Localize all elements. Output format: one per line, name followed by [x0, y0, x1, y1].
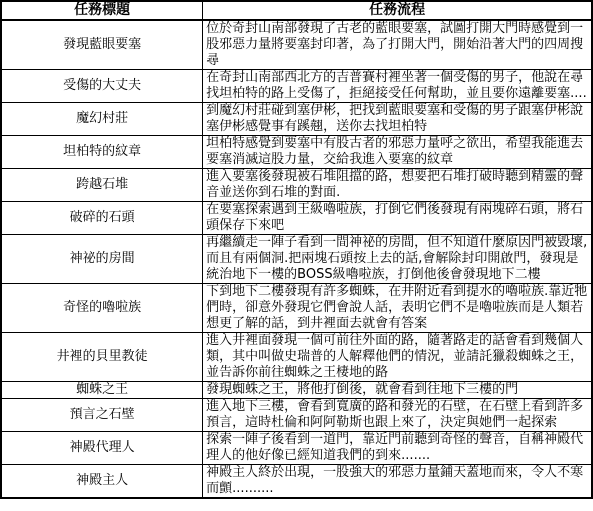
- quest-title-cell: 破碎的石頭: [1, 202, 203, 235]
- table-row: 神祕的房間 再繼續走一陣子看到一間神祕的房間，但不知道什麼原因門被毀壞,而且有兩…: [1, 235, 592, 284]
- table-row: 跨越石堆 進入要塞後發現被石堆阻擋的路，想要把石堆打破時聽到精靈的聲音並送你到石…: [1, 169, 592, 202]
- quest-title-cell: 神祕的房間: [1, 235, 203, 284]
- quest-title-cell: 坦柏特的紋章: [1, 136, 203, 169]
- table-row: 神殿代理人 探索一陣子後看到一道門，靠近門前聽到奇怪的聲音，自稱神殿代理人的他好…: [1, 432, 592, 465]
- table-row: 發現藍眼要塞 位於奇封山南部發現了古老的藍眼要塞，試圖打開大門時感覺到一股邪惡力…: [1, 20, 592, 70]
- quest-title-cell: 發現藍眼要塞: [1, 20, 203, 70]
- quest-table-header: 任務標題 任務流程: [1, 1, 592, 20]
- quest-table-body: 發現藍眼要塞 位於奇封山南部發現了古老的藍眼要塞，試圖打開大門時感覺到一股邪惡力…: [1, 20, 592, 498]
- quest-title-cell: 奇怪的嚕啦族: [1, 284, 203, 333]
- column-header-quest-process: 任務流程: [203, 1, 592, 20]
- quest-title-cell: 魔幻村莊: [1, 103, 203, 136]
- quest-process-cell: 探索一陣子後看到一道門，靠近門前聽到奇怪的聲音，自稱神殿代理人的他好像已經知道我…: [203, 432, 592, 465]
- column-header-quest-title: 任務標題: [1, 1, 203, 20]
- quest-title-cell: 井裡的貝里教徒: [1, 333, 203, 382]
- quest-title-cell: 受傷的大丈夫: [1, 70, 203, 103]
- table-row: 受傷的大丈夫 在奇封山南部西北方的吉普賽村裡坐著一個受傷的男子，他說在尋找坦柏特…: [1, 70, 592, 103]
- table-row: 坦柏特的紋章 坦柏特感覺到要塞中有股古者的邪惡力量呼之欲出，希望我能進去要塞消滅…: [1, 136, 592, 169]
- quest-process-cell: 下到地下二樓發現有許多蜘蛛，在井附近看到提水的嚕啦族.靠近牠們時，卻意外發現它們…: [203, 284, 592, 333]
- quest-process-cell: 再繼續走一陣子看到一間神祕的房間，但不知道什麼原因門被毀壞,而且有兩個洞.把兩塊…: [203, 235, 592, 284]
- table-row: 井裡的貝里教徒 進入井裡面發現一個可前往外面的路，隨著路走的話會看到幾個人類，其…: [1, 333, 592, 382]
- quest-process-cell: 在要塞探索遇到王級嚕啦族，打倒它們後發現有兩塊碎石頭，將石頭保存下來吧: [203, 202, 592, 235]
- quest-process-cell: 進入要塞後發現被石堆阻擋的路，想要把石堆打破時聽到精靈的聲音並送你到石堆的對面.: [203, 169, 592, 202]
- quest-process-cell: 進入井裡面發現一個可前往外面的路，隨著路走的話會看到幾個人類，其中叫做史瑞普的人…: [203, 333, 592, 382]
- table-row: 魔幻村莊 到魔幻村莊碰到塞伊彬，把找到藍眼要塞和受傷的男子跟塞伊彬說塞伊彬感覺事…: [1, 103, 592, 136]
- quest-process-cell: 在奇封山南部西北方的吉普賽村裡坐著一個受傷的男子，他說在尋找坦柏特的路上受傷了，…: [203, 70, 592, 103]
- quest-process-cell: 發現蜘蛛之王，將他打倒後，就會看到往地下三樓的門: [203, 382, 592, 399]
- table-row: 奇怪的嚕啦族 下到地下二樓發現有許多蜘蛛，在井附近看到提水的嚕啦族.靠近牠們時，…: [1, 284, 592, 333]
- quest-process-cell: 到魔幻村莊碰到塞伊彬，把找到藍眼要塞和受傷的男子跟塞伊彬說塞伊彬感覺事有蹊翹，送…: [203, 103, 592, 136]
- table-row: 神殿主人 神殿主人終於出現，一股強大的邪惡力量鋪天蓋地而來，令人不寒而顫....…: [1, 465, 592, 499]
- quest-title-cell: 神殿主人: [1, 465, 203, 499]
- quest-process-cell: 進入地下三樓，會看到寬廣的路和發光的石壁，在石壁上看到許多預言，這時杜倫和阿阿勒…: [203, 399, 592, 432]
- header-row: 任務標題 任務流程: [1, 1, 592, 20]
- quest-title-cell: 跨越石堆: [1, 169, 203, 202]
- quest-process-cell: 坦柏特感覺到要塞中有股古者的邪惡力量呼之欲出，希望我能進去要塞消滅這股力量，交給…: [203, 136, 592, 169]
- table-row: 預言之石壁 進入地下三樓，會看到寬廣的路和發光的石壁，在石壁上看到許多預言，這時…: [1, 399, 592, 432]
- quest-title-cell: 預言之石壁: [1, 399, 203, 432]
- quest-process-cell: 位於奇封山南部發現了古老的藍眼要塞，試圖打開大門時感覺到一股邪惡力量將要塞封印著…: [203, 20, 592, 70]
- quest-table: 任務標題 任務流程 發現藍眼要塞 位於奇封山南部發現了古老的藍眼要塞，試圖打開大…: [0, 0, 593, 499]
- quest-process-cell: 神殿主人終於出現，一股強大的邪惡力量鋪天蓋地而來，令人不寒而顫.........…: [203, 465, 592, 499]
- table-row: 破碎的石頭 在要塞探索遇到王級嚕啦族，打倒它們後發現有兩塊碎石頭，將石頭保存下來…: [1, 202, 592, 235]
- quest-title-cell: 蜘蛛之王: [1, 382, 203, 399]
- quest-title-cell: 神殿代理人: [1, 432, 203, 465]
- table-row: 蜘蛛之王 發現蜘蛛之王，將他打倒後，就會看到往地下三樓的門: [1, 382, 592, 399]
